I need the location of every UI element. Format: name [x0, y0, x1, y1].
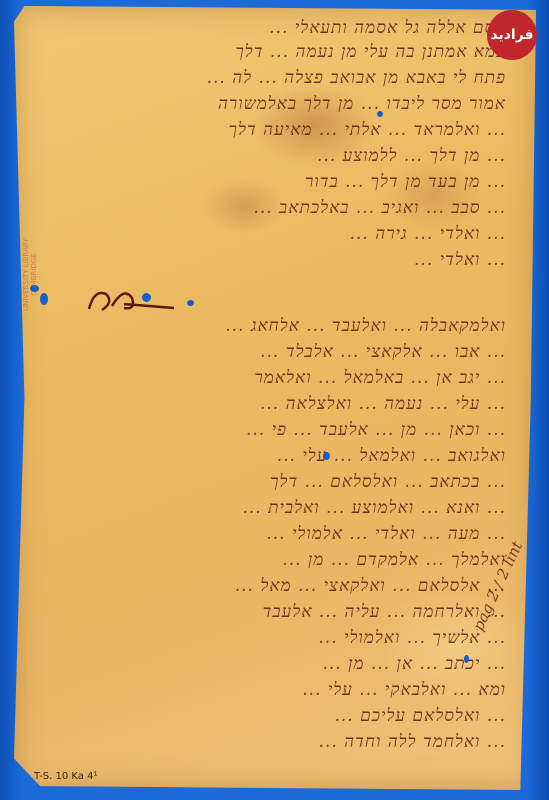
text-line: ומא ... ואלבאקי ... עלי ...: [44, 680, 506, 704]
text-line: ואלמלך ... אלמקדם ... מן ...: [44, 550, 506, 574]
text-line: ... ואנא ... ואלמוצע ... ואלבית ...: [44, 498, 506, 522]
text-line: ... יגב אן ... באלמאל ... ואלאמר: [44, 368, 506, 392]
text-line: פמא אמתנן בה עלי מן נעמה ... דלך: [44, 42, 506, 66]
text-line: ... ואלרחמה ... עליה ... אלעבד: [44, 602, 506, 626]
text-line: ... מעה ... ואלדי ... אלמולי ...: [44, 524, 506, 548]
text-line: ... אלשיך ... ואלמולי ...: [44, 628, 506, 652]
text-line: ... אבו ... אלקאצי ... אלבלד ...: [44, 342, 506, 366]
manuscript-page: ויסם אללה גל אסמה ותעאלי ... פמא אמתנן ב…: [14, 6, 536, 790]
signature-flourish-icon: [84, 284, 179, 314]
text-line: ... ואלדי ...: [44, 250, 506, 274]
text-line: ... סבב ... ואגיב ... באלכתאב ...: [44, 198, 506, 222]
text-line: ... מן בעד מן דלך ... בדור: [44, 172, 506, 196]
paper-hole: [464, 655, 469, 663]
paper-hole: [142, 293, 151, 302]
text-line: ... ואלמראד ... אלתי ... מאיעה דלך: [44, 120, 506, 144]
text-line: ... ואלדי ... גירה ...: [44, 224, 506, 248]
paper-hole: [40, 293, 48, 305]
text-line: פתח לי באבא מן אבואב פצלה ... לה ...: [44, 68, 506, 92]
text-line: ... עלי ... נעמה ... ואלצלאה ...: [44, 394, 506, 418]
text-line: ... ואלסלאם עליכם ...: [44, 706, 506, 730]
text-line: ויסם אללה גל אסמה ותעאלי ...: [44, 18, 506, 42]
text-line: ואלמקאבלה ... ואלעבד ... אלחאג ...: [44, 316, 506, 340]
text-line: ... אלסלאם ... ואלקאצי ... מאל ...: [44, 576, 506, 600]
watermark-logo: فرادید: [487, 10, 537, 60]
paper-hole: [187, 300, 194, 306]
shelfmark-label: T-S. 10 Ka 4¹: [34, 771, 97, 782]
paper-hole: [30, 285, 39, 292]
text-line: ... מן דלך ... ללמוצע ...: [44, 146, 506, 170]
paper-hole: [377, 111, 383, 117]
library-stamp: UNIVERSITY LIBRARY CAMBRIDGE: [22, 235, 52, 315]
text-line: ... בכתאב ... ואלסלאם ... דלך: [44, 472, 506, 496]
paper-hole: [323, 452, 330, 460]
text-line: ... ואלחמד ללה וחדה ...: [44, 732, 506, 756]
text-line: ... יכתב ... אן ... מן ...: [44, 654, 506, 678]
text-line: ... וכאן ... מן ... אלעבד ... פי ...: [44, 420, 506, 444]
text-line: ואלגואב ... ואלמאל ... עלי ...: [44, 446, 506, 470]
text-line: אמור מסר ליבדו ... מן דלך באלמשורה: [44, 94, 506, 118]
manuscript-text: ויסם אללה גל אסמה ותעאלי ... פמא אמתנן ב…: [44, 16, 506, 770]
